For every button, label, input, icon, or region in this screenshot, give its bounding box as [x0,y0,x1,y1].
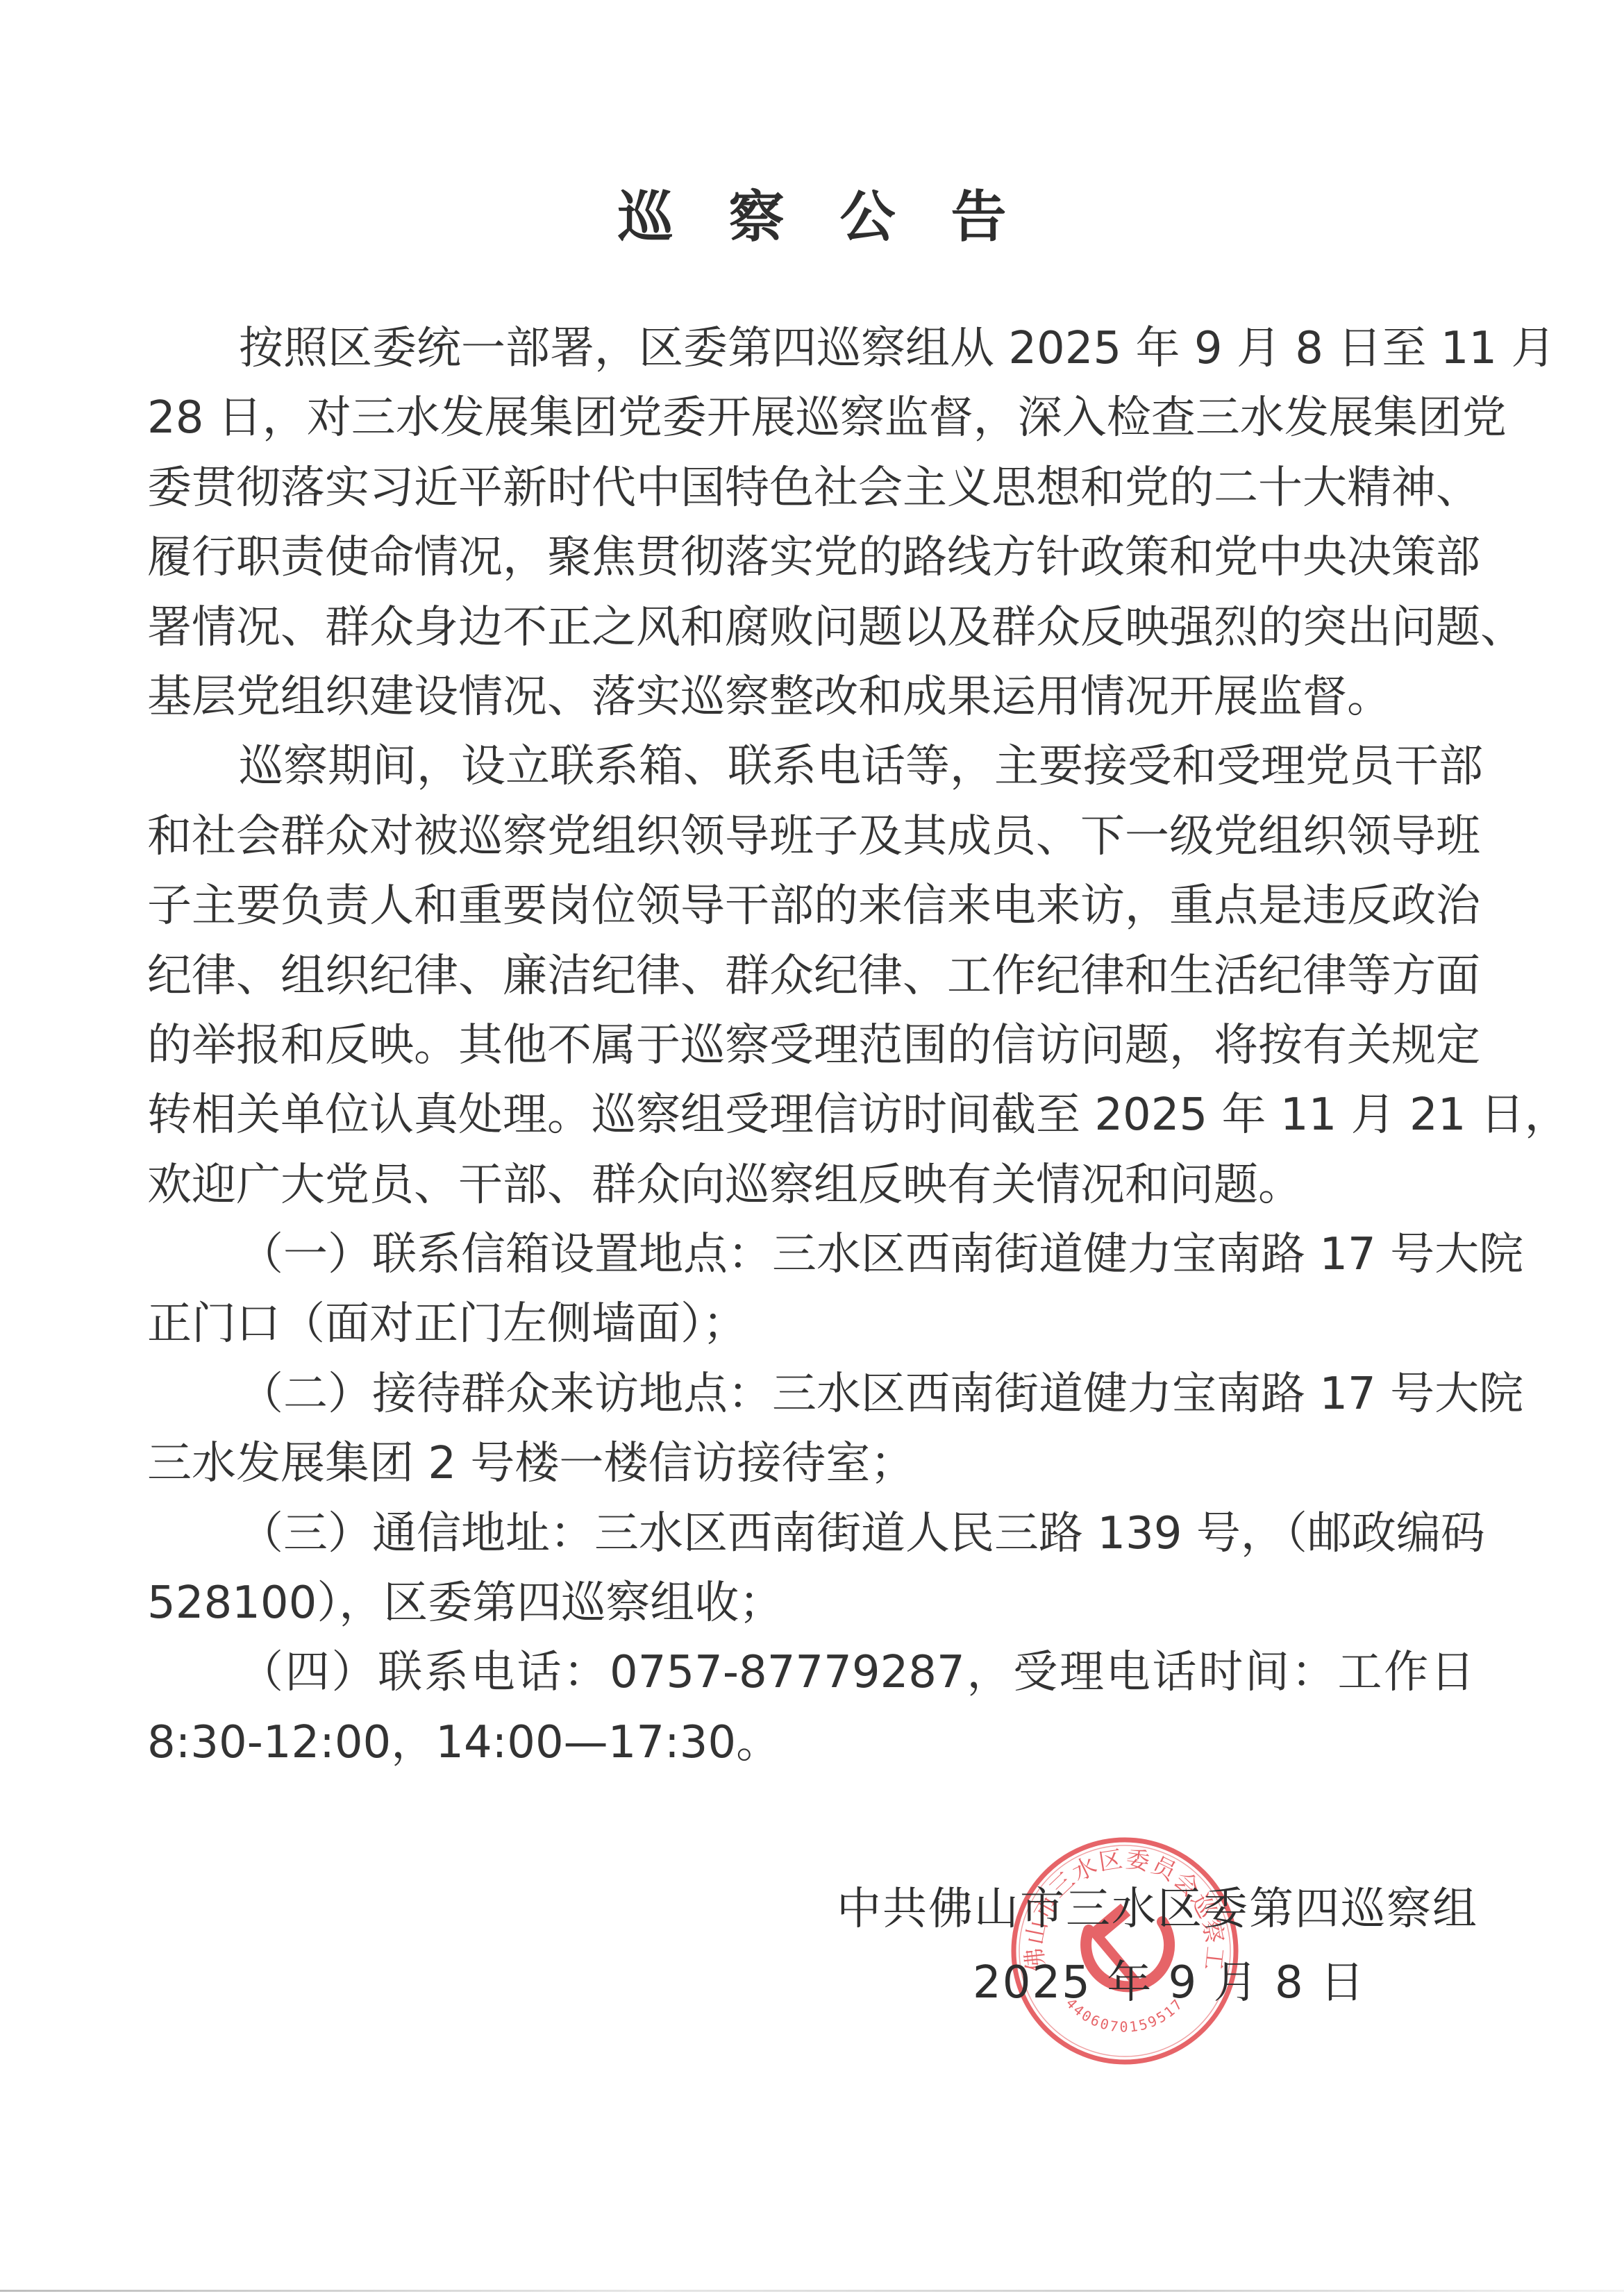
body-line: 8:30-12:00，14:00—17:30。 [147,1708,1475,1777]
paragraph-inspection-scope: 按照区委统一部署，区委第四巡察组从 2025 年 9 月 8 日至 11 月 2… [147,314,1475,732]
body-line: 和社会群众对被巡察党组织领导班子及其成员、下一级党组织领导班 [147,802,1475,871]
body-line: 欢迎广大党员、干部、群众向巡察组反映有关情况和问题。 [147,1150,1475,1220]
body-line: （三）通信地址：三水区西南街道人民三路 139 号，（邮政编码 [147,1499,1475,1568]
contact-item-mailbox-location: （一）联系信箱设置地点：三水区西南街道健力宝南路 17 号大院 正门口（面对正门… [147,1220,1475,1359]
body-line: （二）接待群众来访地点：三水区西南街道健力宝南路 17 号大院 [147,1359,1475,1429]
scan-edge-line [0,2290,1624,2292]
body-line: 三水发展集团 2 号楼一楼信访接待室； [147,1429,1475,1498]
body-line: （四）联系电话：0757-87779287，受理电话时间：工作日 [147,1638,1475,1707]
issuing-organization: 中共佛山市三水区委第四巡察组 [837,1875,1462,1944]
document-title: 巡察公告 [0,182,1624,251]
body-line: 子主要负责人和重要岗位领导干部的来信来电来访，重点是违反政治 [147,871,1475,941]
body-line: 履行职责使命情况，聚焦贯彻落实党的路线方针政策和党中央决策部 [147,523,1475,592]
body-line: 28 日，对三水发展集团党委开展巡察监督，深入检查三水发展集团党 [147,383,1475,453]
contact-item-mailing-address: （三）通信地址：三水区西南街道人民三路 139 号，（邮政编码 528100），… [147,1499,1475,1639]
contact-item-phone: （四）联系电话：0757-87779287，受理电话时间：工作日 8:30-12… [147,1638,1475,1777]
document-body: 按照区委统一部署，区委第四巡察组从 2025 年 9 月 8 日至 11 月 2… [147,314,1475,1777]
body-line: 基层党组织建设情况、落实巡察整改和成果运用情况开展监督。 [147,662,1475,732]
contact-item-visit-location: （二）接待群众来访地点：三水区西南街道健力宝南路 17 号大院 三水发展集团 2… [147,1359,1475,1499]
body-line: 正门口（面对正门左侧墙面）； [147,1289,1475,1359]
document-page: 巡察公告 按照区委统一部署，区委第四巡察组从 2025 年 9 月 8 日至 1… [0,0,1624,2296]
paragraph-petition-acceptance: 巡察期间，设立联系箱、联系电话等，主要接受和受理党员干部 和社会群众对被巡察党组… [147,732,1475,1220]
body-line: 的举报和反映。其他不属于巡察受理范围的信访问题，将按有关规定 [147,1011,1475,1080]
issue-date: 2025 年 9 月 8 日 [837,1948,1462,2018]
body-line: 巡察期间，设立联系箱、联系电话等，主要接受和受理党员干部 [147,732,1475,801]
body-line: 委贯彻落实习近平新时代中国特色社会主义思想和党的二十大精神、 [147,453,1475,523]
body-line: 528100），区委第四巡察组收； [147,1568,1475,1638]
body-line: 转相关单位认真处理。巡察组受理信访时间截至 2025 年 11 月 21 日， [147,1080,1475,1150]
body-line: 署情况、群众身边不正之风和腐败问题以及群众反映强烈的突出问题、 [147,593,1475,662]
body-line: （一）联系信箱设置地点：三水区西南街道健力宝南路 17 号大院 [147,1220,1475,1289]
body-line: 按照区委统一部署，区委第四巡察组从 2025 年 9 月 8 日至 11 月 [147,314,1475,383]
signature-block: 中共佛山市三水区委第四巡察组 2025 年 9 月 8 日 [837,1875,1462,2018]
body-line: 纪律、组织纪律、廉洁纪律、群众纪律、工作纪律和生活纪律等方面 [147,941,1475,1011]
